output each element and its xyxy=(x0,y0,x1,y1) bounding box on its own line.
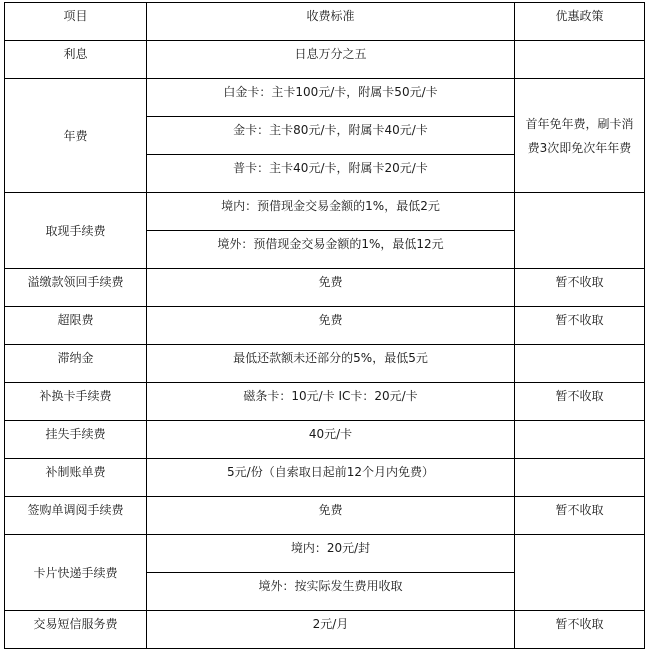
standard-text: 2元/月 xyxy=(147,611,514,631)
header-standard-label: 收费标准 xyxy=(147,3,514,23)
table-row-interest: 利息 日息万分之五 xyxy=(5,41,645,79)
item-cell: 利息 xyxy=(5,41,147,79)
standard-text: 白金卡：主卡100元/卡，附属卡50元/卡 xyxy=(147,79,514,99)
item-label: 取现手续费 xyxy=(5,224,146,238)
header-item-label: 项目 xyxy=(5,3,146,23)
table-row-annual-fee: 年费 白金卡：主卡100元/卡，附属卡50元/卡 首年免年费，刷卡消费3次即免次… xyxy=(5,79,645,117)
policy-text: 暂不收取 xyxy=(515,497,644,517)
policy-cell: 暂不收取 xyxy=(515,307,645,345)
policy-text xyxy=(515,459,644,465)
policy-cell: 暂不收取 xyxy=(515,383,645,421)
standard-text: 境内：20元/封 xyxy=(147,535,514,555)
item-cell: 超限费 xyxy=(5,307,147,345)
standard-text: 金卡：主卡80元/卡，附属卡40元/卡 xyxy=(147,117,514,137)
standard-text: 40元/卡 xyxy=(147,421,514,441)
table-row-late-fee: 滞纳金 最低还款额未还部分的5%，最低5元 xyxy=(5,345,645,383)
policy-cell: 首年免年费，刷卡消费3次即免次年年费 xyxy=(515,79,645,193)
table-row-cash-withdrawal: 取现手续费 境内：预借现金交易金额的1%，最低2元 xyxy=(5,193,645,231)
item-label: 补换卡手续费 xyxy=(5,383,146,403)
standard-cell-domestic: 境内：预借现金交易金额的1%，最低2元 xyxy=(147,193,515,231)
policy-text: 首年免年费，刷卡消费3次即免次年年费 xyxy=(521,112,638,160)
item-cell: 补换卡手续费 xyxy=(5,383,147,421)
standard-cell: 最低还款额未还部分的5%，最低5元 xyxy=(147,345,515,383)
policy-text: 暂不收取 xyxy=(515,269,644,289)
standard-text: 磁条卡：10元/卡 IC卡：20元/卡 xyxy=(147,383,514,403)
standard-cell-overseas: 境外：预借现金交易金额的1%，最低12元 xyxy=(147,231,515,269)
policy-text xyxy=(515,421,644,427)
policy-text: 暂不收取 xyxy=(515,383,644,403)
standard-text: 境内：预借现金交易金额的1%，最低2元 xyxy=(147,193,514,213)
standard-cell: 免费 xyxy=(147,497,515,535)
standard-text: 境外：按实际发生费用收取 xyxy=(147,573,514,593)
policy-cell xyxy=(515,345,645,383)
item-cell: 交易短信服务费 xyxy=(5,611,147,649)
policy-text xyxy=(515,193,644,199)
policy-cell: 暂不收取 xyxy=(515,269,645,307)
policy-text: 暂不收取 xyxy=(515,611,644,631)
table-row-sms-service: 交易短信服务费 2元/月 暂不收取 xyxy=(5,611,645,649)
item-cell: 滞纳金 xyxy=(5,345,147,383)
standard-cell: 免费 xyxy=(147,269,515,307)
policy-cell xyxy=(515,459,645,497)
policy-cell xyxy=(515,193,645,269)
item-label: 溢缴款领回手续费 xyxy=(5,269,146,289)
policy-text xyxy=(515,345,644,351)
item-cell: 年费 xyxy=(5,79,147,193)
policy-text: 暂不收取 xyxy=(515,307,644,327)
policy-text xyxy=(515,535,644,541)
table-row-slip-retrieval: 签购单调阅手续费 免费 暂不收取 xyxy=(5,497,645,535)
header-policy: 优惠政策 xyxy=(515,3,645,41)
standard-text: 免费 xyxy=(147,497,514,517)
header-item: 项目 xyxy=(5,3,147,41)
policy-cell: 暂不收取 xyxy=(515,611,645,649)
standard-cell: 免费 xyxy=(147,307,515,345)
item-cell: 取现手续费 xyxy=(5,193,147,269)
item-label: 年费 xyxy=(5,129,146,143)
item-cell: 溢缴款领回手续费 xyxy=(5,269,147,307)
standard-text: 免费 xyxy=(147,307,514,327)
standard-cell: 2元/月 xyxy=(147,611,515,649)
table-row-card-delivery: 卡片快递手续费 境内：20元/封 xyxy=(5,535,645,573)
header-standard: 收费标准 xyxy=(147,3,515,41)
standard-text: 日息万分之五 xyxy=(147,41,514,61)
policy-cell xyxy=(515,421,645,459)
item-label: 利息 xyxy=(5,41,146,61)
policy-cell: 暂不收取 xyxy=(515,497,645,535)
item-label: 滞纳金 xyxy=(5,345,146,365)
table-row-card-replacement: 补换卡手续费 磁条卡：10元/卡 IC卡：20元/卡 暂不收取 xyxy=(5,383,645,421)
item-cell: 签购单调阅手续费 xyxy=(5,497,147,535)
standard-cell: 40元/卡 xyxy=(147,421,515,459)
policy-cell xyxy=(515,41,645,79)
item-label: 交易短信服务费 xyxy=(5,611,146,631)
standard-cell: 磁条卡：10元/卡 IC卡：20元/卡 xyxy=(147,383,515,421)
table-row-overpayment-refund: 溢缴款领回手续费 免费 暂不收取 xyxy=(5,269,645,307)
standard-text: 免费 xyxy=(147,269,514,289)
item-cell: 补制账单费 xyxy=(5,459,147,497)
item-label: 卡片快递手续费 xyxy=(5,566,146,580)
item-label: 超限费 xyxy=(5,307,146,327)
standard-text: 5元/份（自索取日起前12个月内免费） xyxy=(147,459,514,479)
standard-cell: 日息万分之五 xyxy=(147,41,515,79)
standard-text: 普卡：主卡40元/卡，附属卡20元/卡 xyxy=(147,155,514,175)
standard-cell-domestic: 境内：20元/封 xyxy=(147,535,515,573)
table-row-loss-report: 挂失手续费 40元/卡 xyxy=(5,421,645,459)
standard-text: 境外：预借现金交易金额的1%，最低12元 xyxy=(147,231,514,251)
header-policy-label: 优惠政策 xyxy=(515,3,644,23)
item-label: 签购单调阅手续费 xyxy=(5,497,146,517)
item-label: 补制账单费 xyxy=(5,459,146,479)
standard-cell-overseas: 境外：按实际发生费用收取 xyxy=(147,573,515,611)
policy-text xyxy=(515,41,644,47)
item-cell: 挂失手续费 xyxy=(5,421,147,459)
table-row-statement-reissue: 补制账单费 5元/份（自索取日起前12个月内免费） xyxy=(5,459,645,497)
table-header-row: 项目 收费标准 优惠政策 xyxy=(5,3,645,41)
standard-cell-platinum: 白金卡：主卡100元/卡，附属卡50元/卡 xyxy=(147,79,515,117)
standard-text: 最低还款额未还部分的5%，最低5元 xyxy=(147,345,514,365)
item-cell: 卡片快递手续费 xyxy=(5,535,147,611)
standard-cell-classic: 普卡：主卡40元/卡，附属卡20元/卡 xyxy=(147,155,515,193)
standard-cell: 5元/份（自索取日起前12个月内免费） xyxy=(147,459,515,497)
standard-cell-gold: 金卡：主卡80元/卡，附属卡40元/卡 xyxy=(147,117,515,155)
policy-cell xyxy=(515,535,645,611)
fee-schedule-table: 项目 收费标准 优惠政策 利息 日息万分之五 年费 白金卡：主卡100元/卡，附… xyxy=(4,2,645,649)
table-row-over-limit: 超限费 免费 暂不收取 xyxy=(5,307,645,345)
item-label: 挂失手续费 xyxy=(5,421,146,441)
